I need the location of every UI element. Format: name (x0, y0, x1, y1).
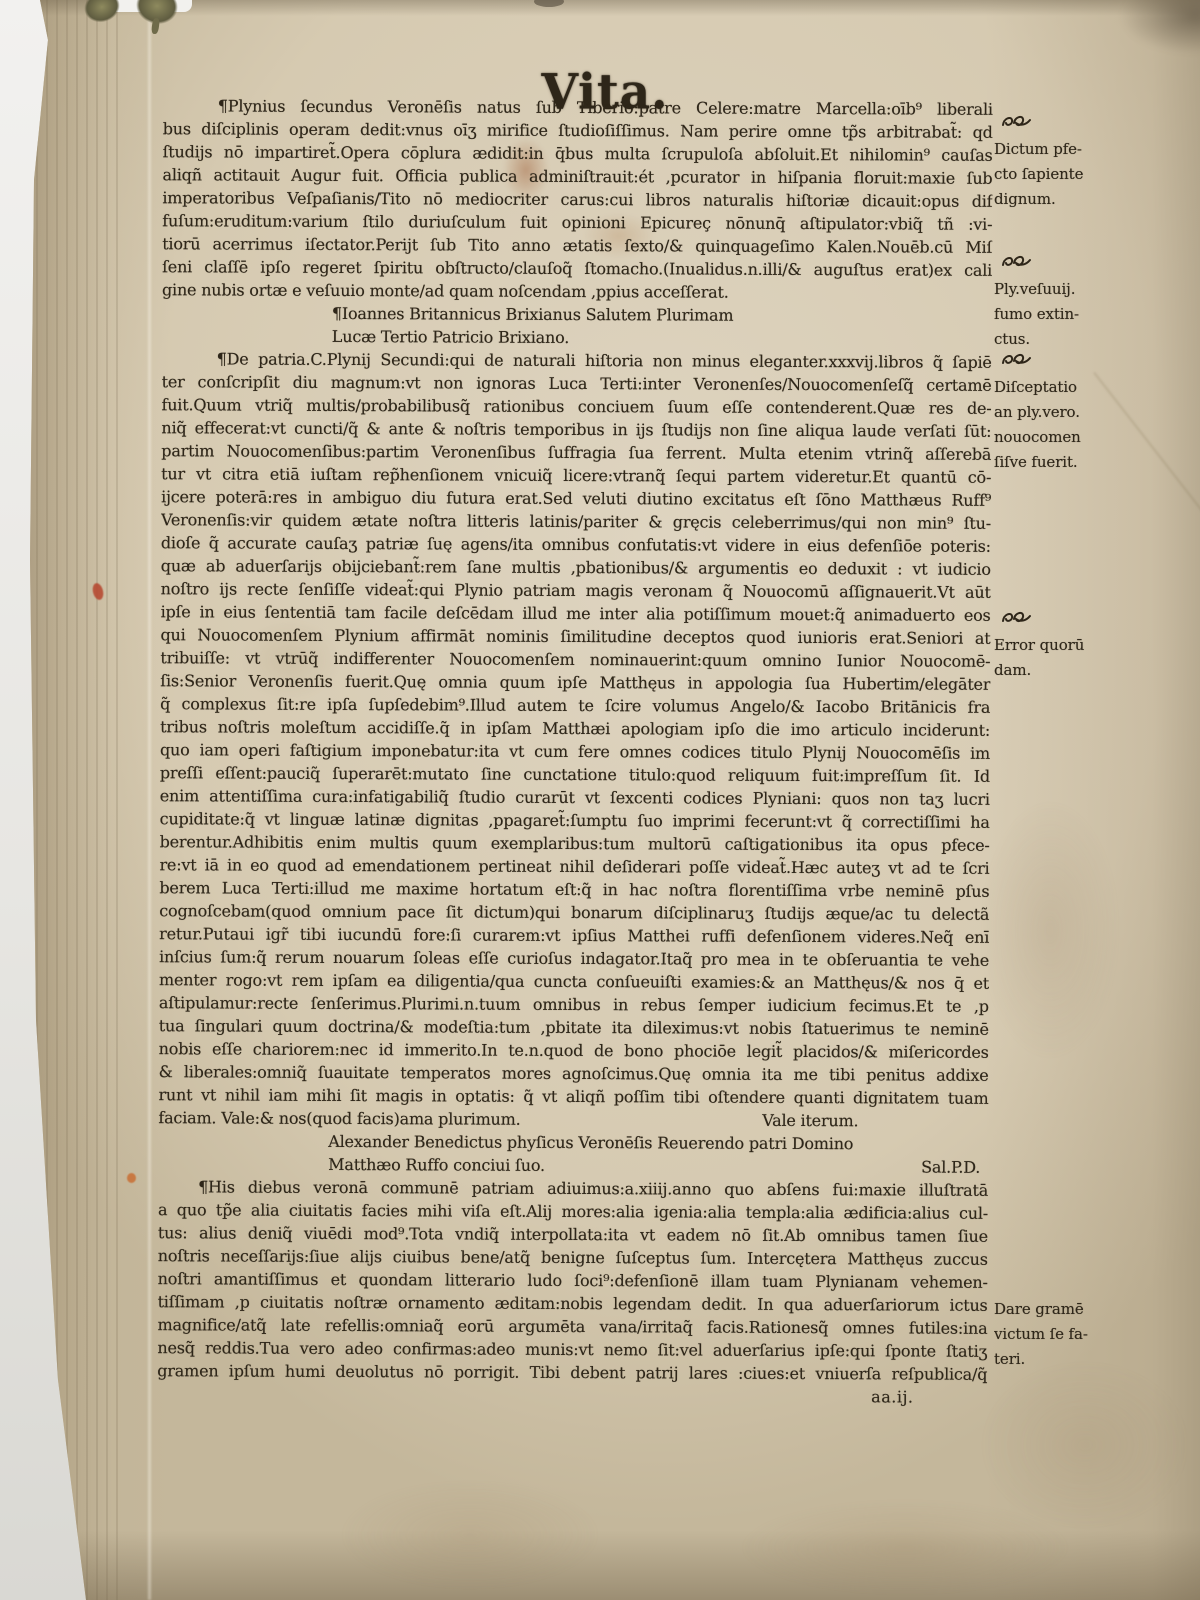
para-de-patria-left-text: faciam. Vale:& nos(quod facis)ama plurim… (158, 1106, 520, 1131)
gutter-page-edges (36, 0, 118, 1600)
photo-backdrop: { "title": { "text": "Vita." }, "body": … (0, 0, 1200, 1600)
margin-note-line: victum ſe fa- (994, 1322, 1126, 1347)
stain (980, 800, 1120, 1060)
para-vita-plinii-line: gine nubis ortæ e veſuuio monte/ad quam … (162, 278, 992, 305)
margin-note-line: Diſceptatio (994, 375, 1126, 400)
para-de-patria-line: faciam. Vale:& nos(quod facis)ama plurim… (158, 1106, 988, 1133)
hedera-mark-icon (1002, 611, 1032, 625)
margin-note-mark (994, 252, 1126, 277)
stain (740, 1500, 1070, 1595)
margin-note: Error quorūdam. (994, 608, 1126, 683)
hedera-mark-icon (1002, 255, 1032, 269)
margin-note: Dictum pfe-cto ſapientedignum. (994, 112, 1126, 212)
para-de-patria-right-text: Vale iterum. (762, 1109, 858, 1132)
margin-note: Dare gramēvictum ſe fa-teri. (994, 1297, 1126, 1372)
margin-note-line: ctus. (994, 327, 1126, 352)
book-page: Vita. ¶Plynius ſecundus Veronēſis natus … (0, 0, 1200, 1600)
margin-note-line: ſiſve fuerit. (994, 450, 1126, 475)
heading-alexander-left-text: Matthæo Ruffo conciui ſuo. (328, 1153, 545, 1177)
margin-note-line: dignum. (994, 187, 1126, 212)
page-edge-highlight (148, 0, 151, 1600)
signature-mark-line: aa.ij. (157, 1382, 987, 1409)
orange-ink-speck (127, 1173, 136, 1183)
margin-note-line: Dictum pfe- (994, 137, 1126, 162)
margin-note-line: cto ſapiente (994, 162, 1126, 187)
margin-note-line: an ply.vero. (994, 400, 1126, 425)
stain (980, 1360, 1190, 1530)
para-his-diebus-line: gramen ipſum humi deuolutus nō porrigit.… (157, 1359, 987, 1386)
margin-note-line: Dare gramē (994, 1297, 1126, 1322)
margin-note-line: nouocomen (994, 425, 1126, 450)
margin-note-line: teri. (994, 1347, 1126, 1372)
corner-shadow (1120, 0, 1200, 54)
hedera-mark-icon (1002, 353, 1032, 367)
margin-note: Diſceptatioan ply.vero.nouocomenſiſve fu… (994, 350, 1126, 475)
main-text-block: ¶Plynius ſecundus Veronēſis natus ſub Ti… (157, 94, 993, 1409)
hedera-mark-icon (1002, 115, 1032, 129)
stain (340, 1480, 600, 1590)
margin-note-mark (994, 608, 1126, 633)
margin-note-line: fumo extin- (994, 302, 1126, 327)
margin-note-line: Ply.veſuuij. (994, 277, 1126, 302)
margin-note: Ply.veſuuij.fumo extin-ctus. (994, 252, 1126, 352)
heading-alexander-right-text: Sal.P.D. (921, 1156, 980, 1179)
margin-note-mark (994, 350, 1126, 375)
margin-note-line: Error quorū (994, 633, 1126, 658)
margin-note-line: dam. (994, 658, 1126, 683)
margin-note-mark (994, 112, 1126, 137)
